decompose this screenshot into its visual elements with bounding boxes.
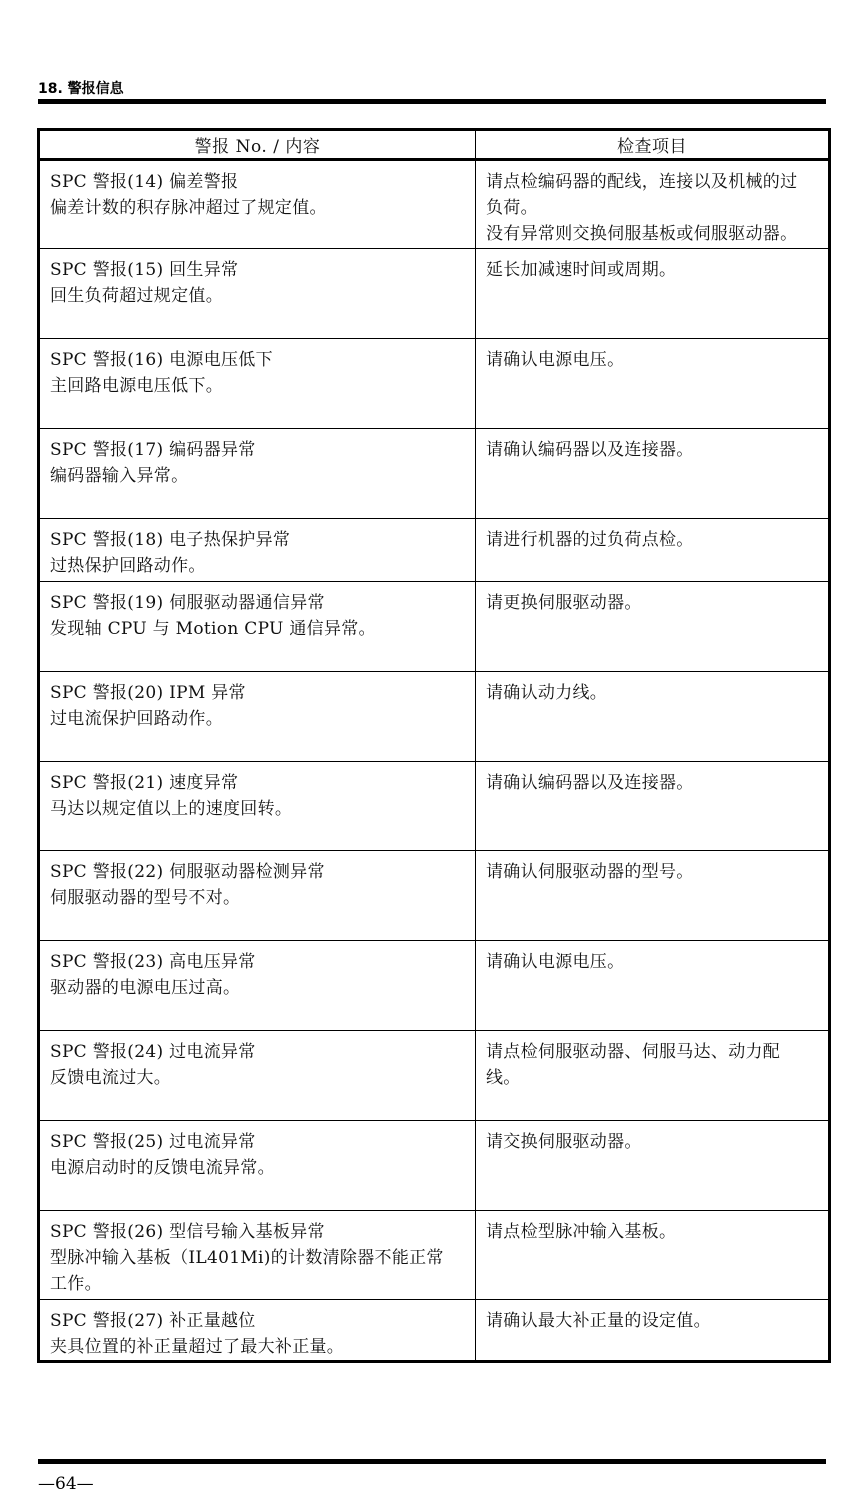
alarm-description: 电源启动时的反馈电流异常。 xyxy=(50,1155,467,1181)
alarm-cell: SPC 警报(26) 型信号输入基板异常型脉冲输入基板（IL401Mi)的计数清… xyxy=(39,1211,476,1300)
check-item-cell: 请确认编码器以及连接器。 xyxy=(476,762,830,851)
alarm-title: SPC 警报(19) 伺服驱动器通信异常 xyxy=(50,590,467,616)
alarm-title: SPC 警报(25) 过电流异常 xyxy=(50,1129,467,1155)
check-item-text: 请确认动力线。 xyxy=(486,680,820,706)
alarm-description: 编码器输入异常。 xyxy=(50,463,467,489)
check-item-cell: 请进行机器的过负荷点检。 xyxy=(476,519,830,582)
table-row: SPC 警报(16) 电源电压低下主回路电源电压低下。请确认电源电压。 xyxy=(39,339,830,429)
table-header-row: 警报 No. / 内容 检查项目 xyxy=(39,130,830,160)
footer-rule xyxy=(38,1459,826,1464)
alarm-description: 偏差计数的积存脉冲超过了规定值。 xyxy=(50,195,467,221)
alarm-title: SPC 警报(21) 速度异常 xyxy=(50,770,467,796)
alarm-description: 马达以规定值以上的速度回转。 xyxy=(50,796,467,822)
check-item-text: 请点检伺服驱动器、伺服马达、动力配 xyxy=(486,1039,820,1065)
alarm-cell: SPC 警报(16) 电源电压低下主回路电源电压低下。 xyxy=(39,339,476,429)
table-row: SPC 警报(15) 回生异常回生负荷超过规定值。延长加减速时间或周期。 xyxy=(39,249,830,339)
table-row: SPC 警报(24) 过电流异常反馈电流过大。请点检伺服驱动器、伺服马达、动力配… xyxy=(39,1031,830,1121)
check-item-cell: 请点检编码器的配线，连接以及机械的过负荷。没有异常则交换伺服基板或伺服驱动器。 xyxy=(476,160,830,249)
alarm-title: SPC 警报(26) 型信号输入基板异常 xyxy=(50,1219,467,1245)
page-number: —64— xyxy=(38,1474,94,1494)
alarm-description: 过电流保护回路动作。 xyxy=(50,706,467,732)
alarm-description: 驱动器的电源电压过高。 xyxy=(50,975,467,1001)
check-item-text: 请确认电源电压。 xyxy=(486,949,820,975)
alarm-cell: SPC 警报(24) 过电流异常反馈电流过大。 xyxy=(39,1031,476,1121)
alarm-description: 反馈电流过大。 xyxy=(50,1065,467,1091)
alarm-title: SPC 警报(17) 编码器异常 xyxy=(50,437,467,463)
check-item-text: 负荷。 xyxy=(486,195,820,221)
check-item-cell: 请确认动力线。 xyxy=(476,672,830,762)
check-item-text: 请更换伺服驱动器。 xyxy=(486,590,820,616)
alarm-cell: SPC 警报(20) IPM 异常过电流保护回路动作。 xyxy=(39,672,476,762)
check-item-cell: 请点检伺服驱动器、伺服马达、动力配线。 xyxy=(476,1031,830,1121)
check-item-text: 请点检型脉冲输入基板。 xyxy=(486,1219,820,1245)
alarm-description: 型脉冲输入基板（IL401Mi)的计数清除器不能正常 xyxy=(50,1245,467,1271)
check-item-cell: 请确认伺服驱动器的型号。 xyxy=(476,851,830,941)
table-row: SPC 警报(19) 伺服驱动器通信异常发现轴 CPU 与 Motion CPU… xyxy=(39,582,830,672)
table-row: SPC 警报(21) 速度异常马达以规定值以上的速度回转。请确认编码器以及连接器… xyxy=(39,762,830,851)
alarm-title: SPC 警报(22) 伺服驱动器检测异常 xyxy=(50,859,467,885)
table-row: SPC 警报(25) 过电流异常电源启动时的反馈电流异常。请交换伺服驱动器。 xyxy=(39,1121,830,1211)
alarm-title: SPC 警报(16) 电源电压低下 xyxy=(50,347,467,373)
alarm-title: SPC 警报(18) 电子热保护异常 xyxy=(50,527,467,553)
column-header-alarm: 警报 No. / 内容 xyxy=(39,130,476,160)
alarm-cell: SPC 警报(23) 高电压异常驱动器的电源电压过高。 xyxy=(39,941,476,1031)
check-item-cell: 请确认编码器以及连接器。 xyxy=(476,429,830,519)
table-body: SPC 警报(14) 偏差警报偏差计数的积存脉冲超过了规定值。请点检编码器的配线… xyxy=(39,160,830,1362)
alarm-cell: SPC 警报(18) 电子热保护异常过热保护回路动作。 xyxy=(39,519,476,582)
alarm-description: 主回路电源电压低下。 xyxy=(50,373,467,399)
header-rule xyxy=(38,99,826,104)
table-row: SPC 警报(20) IPM 异常过电流保护回路动作。请确认动力线。 xyxy=(39,672,830,762)
alarm-cell: SPC 警报(25) 过电流异常电源启动时的反馈电流异常。 xyxy=(39,1121,476,1211)
check-item-cell: 请交换伺服驱动器。 xyxy=(476,1121,830,1211)
check-item-cell: 请确认最大补正量的设定值。 xyxy=(476,1300,830,1362)
table-row: SPC 警报(26) 型信号输入基板异常型脉冲输入基板（IL401Mi)的计数清… xyxy=(39,1211,830,1300)
check-item-text: 延长加减速时间或周期。 xyxy=(486,257,820,283)
check-item-text: 请交换伺服驱动器。 xyxy=(486,1129,820,1155)
check-item-text: 没有异常则交换伺服基板或伺服驱动器。 xyxy=(486,221,820,247)
alarm-title: SPC 警报(14) 偏差警报 xyxy=(50,169,467,195)
alarm-description: 工作。 xyxy=(50,1271,467,1297)
table-row: SPC 警报(18) 电子热保护异常过热保护回路动作。请进行机器的过负荷点检。 xyxy=(39,519,830,582)
check-item-text: 请确认编码器以及连接器。 xyxy=(486,437,820,463)
table-row: SPC 警报(22) 伺服驱动器检测异常伺服驱动器的型号不对。请确认伺服驱动器的… xyxy=(39,851,830,941)
check-item-text: 线。 xyxy=(486,1065,820,1091)
column-header-check: 检查项目 xyxy=(476,130,830,160)
check-item-cell: 延长加减速时间或周期。 xyxy=(476,249,830,339)
alarm-description: 发现轴 CPU 与 Motion CPU 通信异常。 xyxy=(50,616,467,642)
alarm-description: 回生负荷超过规定值。 xyxy=(50,283,467,309)
alarm-title: SPC 警报(23) 高电压异常 xyxy=(50,949,467,975)
check-item-cell: 请确认电源电压。 xyxy=(476,339,830,429)
alarm-title: SPC 警报(27) 补正量越位 xyxy=(50,1308,467,1334)
table-row: SPC 警报(23) 高电压异常驱动器的电源电压过高。请确认电源电压。 xyxy=(39,941,830,1031)
check-item-cell: 请确认电源电压。 xyxy=(476,941,830,1031)
alarm-description: 过热保护回路动作。 xyxy=(50,553,467,579)
alarm-title: SPC 警报(20) IPM 异常 xyxy=(50,680,467,706)
alarm-cell: SPC 警报(27) 补正量越位夹具位置的补正量超过了最大补正量。 xyxy=(39,1300,476,1362)
alarm-description: 夹具位置的补正量超过了最大补正量。 xyxy=(50,1334,467,1360)
check-item-text: 请确认编码器以及连接器。 xyxy=(486,770,820,796)
alarm-cell: SPC 警报(15) 回生异常回生负荷超过规定值。 xyxy=(39,249,476,339)
alarm-description: 伺服驱动器的型号不对。 xyxy=(50,885,467,911)
check-item-text: 请确认伺服驱动器的型号。 xyxy=(486,859,820,885)
check-item-text: 请进行机器的过负荷点检。 xyxy=(486,527,820,553)
alarm-cell: SPC 警报(22) 伺服驱动器检测异常伺服驱动器的型号不对。 xyxy=(39,851,476,941)
alarm-cell: SPC 警报(17) 编码器异常编码器输入异常。 xyxy=(39,429,476,519)
check-item-text: 请确认最大补正量的设定值。 xyxy=(486,1308,820,1334)
alarm-title: SPC 警报(15) 回生异常 xyxy=(50,257,467,283)
alarm-cell: SPC 警报(21) 速度异常马达以规定值以上的速度回转。 xyxy=(39,762,476,851)
check-item-cell: 请更换伺服驱动器。 xyxy=(476,582,830,672)
alarm-table: 警报 No. / 内容 检查项目 SPC 警报(14) 偏差警报偏差计数的积存脉… xyxy=(37,128,831,1363)
check-item-cell: 请点检型脉冲输入基板。 xyxy=(476,1211,830,1300)
alarm-title: SPC 警报(24) 过电流异常 xyxy=(50,1039,467,1065)
alarm-cell: SPC 警报(19) 伺服驱动器通信异常发现轴 CPU 与 Motion CPU… xyxy=(39,582,476,672)
check-item-text: 请确认电源电压。 xyxy=(486,347,820,373)
check-item-text: 请点检编码器的配线，连接以及机械的过 xyxy=(486,169,820,195)
section-title: 18. 警报信息 xyxy=(38,78,124,98)
table-row: SPC 警报(27) 补正量越位夹具位置的补正量超过了最大补正量。请确认最大补正… xyxy=(39,1300,830,1362)
alarm-cell: SPC 警报(14) 偏差警报偏差计数的积存脉冲超过了规定值。 xyxy=(39,160,476,249)
table-row: SPC 警报(17) 编码器异常编码器输入异常。请确认编码器以及连接器。 xyxy=(39,429,830,519)
table-row: SPC 警报(14) 偏差警报偏差计数的积存脉冲超过了规定值。请点检编码器的配线… xyxy=(39,160,830,249)
